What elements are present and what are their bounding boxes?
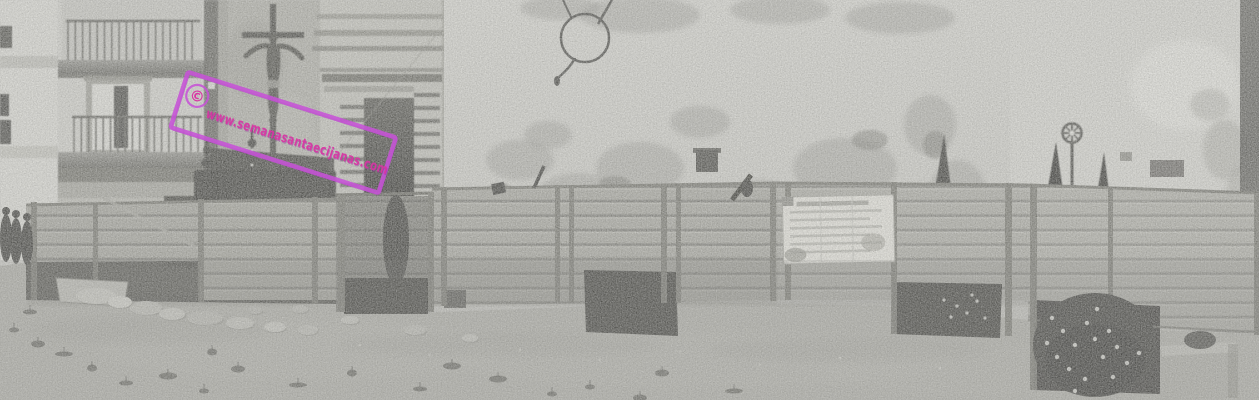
photo-canvas: © www.semanasantaecijanas.com www.semana… <box>0 0 1259 400</box>
photo: © www.semanasantaecijanas.com www.semana… <box>0 0 1259 400</box>
ground-grain-overlay <box>0 260 1259 400</box>
